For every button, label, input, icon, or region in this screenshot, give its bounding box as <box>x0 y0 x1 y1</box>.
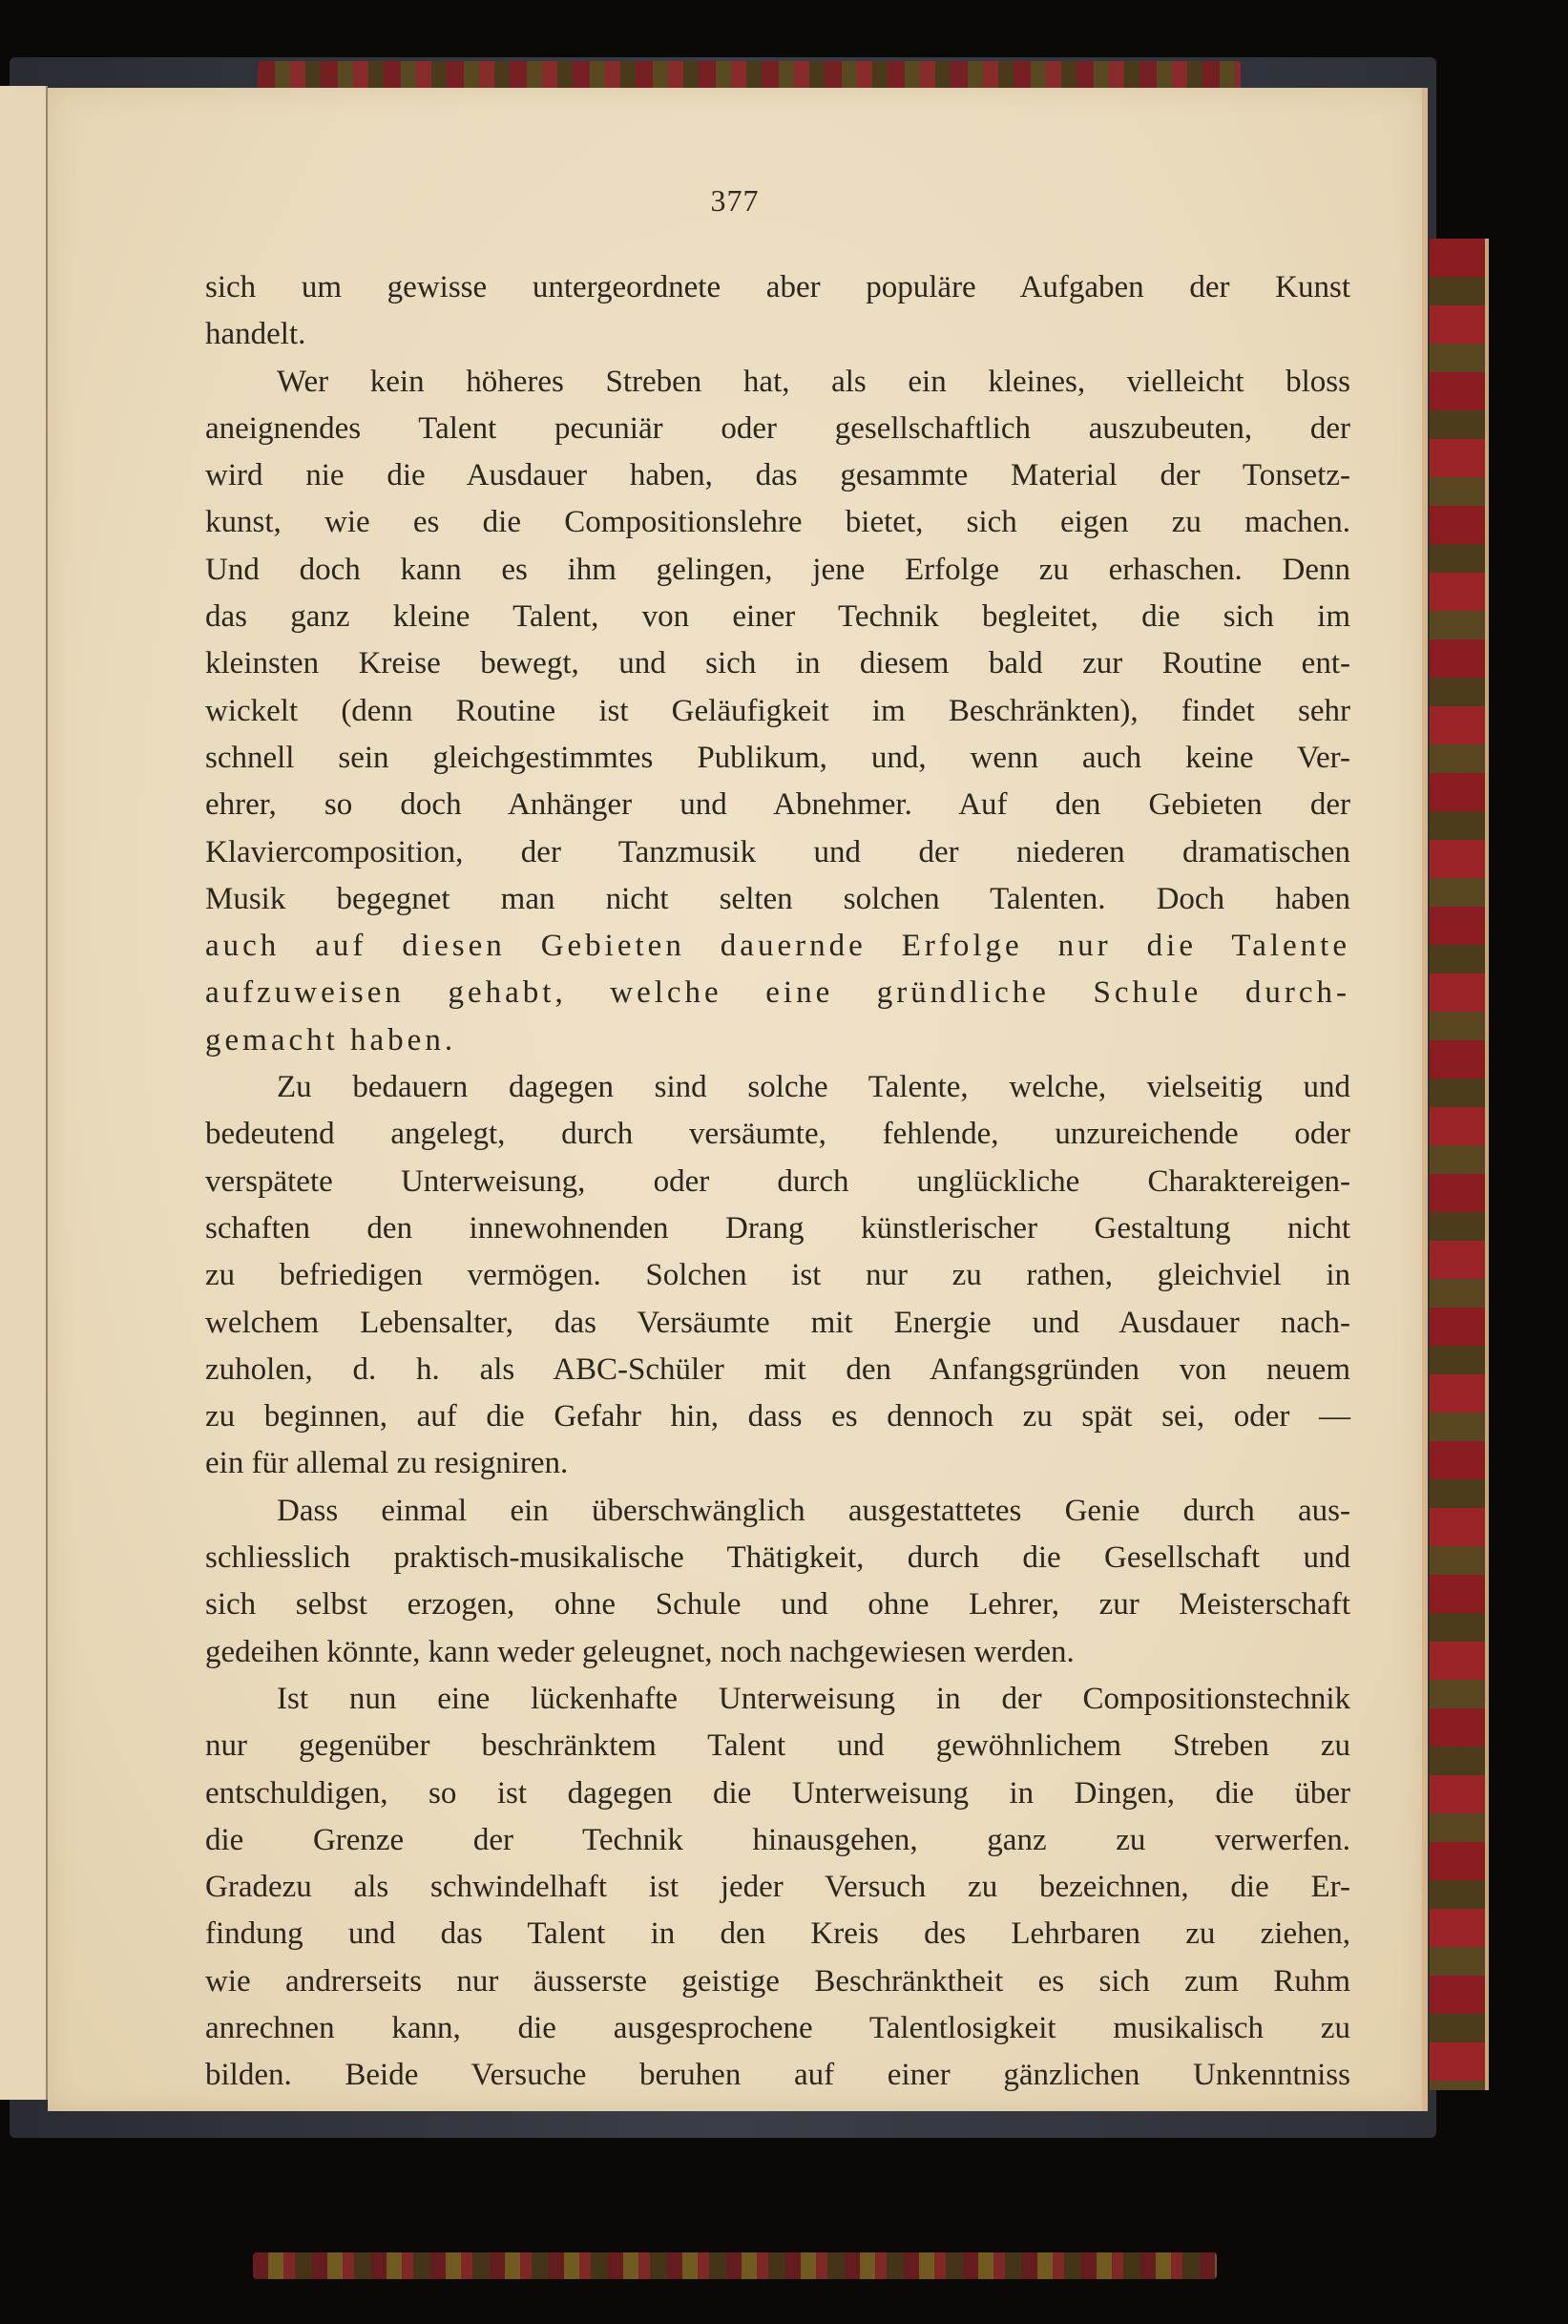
text-line: zu befriedigen vermögen. Solchen ist nur… <box>205 1252 1350 1299</box>
text-line: zu beginnen, auf die Gefahr hin, dass es… <box>205 1393 1350 1440</box>
text-line: gedeihen könnte, kann weder geleugnet, n… <box>205 1629 1350 1676</box>
text-line: Klaviercomposition, der Tanzmusik und de… <box>205 829 1350 876</box>
emphasized-line: aufzuweisen gehabt, welche eine gründlic… <box>205 970 1350 1016</box>
text-line: entschuldigen, so ist dagegen die Unterw… <box>205 1770 1350 1817</box>
marbled-edge-right <box>1430 239 1489 2090</box>
text-line: aneignendes Talent pecuniär oder gesells… <box>205 406 1350 452</box>
text-line: das ganz kleine Talent, von einer Techni… <box>205 594 1350 640</box>
body-text: sich um gewisse untergeordnete aber popu… <box>205 264 1350 2100</box>
text-line: ehrer, so doch Anhänger und Abnehmer. Au… <box>205 782 1350 828</box>
text-line: kleinsten Kreise bewegt, und sich in die… <box>205 640 1350 687</box>
paragraph-start-line: Wer kein höheres Streben hat, als ein kl… <box>205 359 1350 406</box>
text-line: sich selbst erzogen, ohne Schule und ohn… <box>205 1581 1350 1628</box>
text-line: wie andrerseits nur äusserste geistige B… <box>205 1958 1350 2005</box>
text-line: schaften den innewohnenden Drang künstle… <box>205 1205 1350 1252</box>
paragraph-start-line: Dass einmal ein überschwänglich ausgesta… <box>205 1488 1350 1535</box>
text-line: Gradezu als schwindelhaft ist jeder Vers… <box>205 1864 1350 1911</box>
text-line: kunst, wie es die Compositionslehre biet… <box>205 499 1350 546</box>
text-line: schnell sein gleichgestimmtes Publikum, … <box>205 735 1350 782</box>
text-line: nur gegenüber beschränktem Talent und ge… <box>205 1723 1350 1769</box>
text-line: welchem Lebensalter, das Versäumte mit E… <box>205 1300 1350 1347</box>
emphasized-line: auch auf diesen Gebieten dauernde Erfolg… <box>205 923 1350 970</box>
emphasized-line: gemacht haben. <box>205 1017 1350 1064</box>
text-line: bilden. Beide Versuche beruhen auf einer… <box>205 2052 1350 2099</box>
left-page-edge <box>0 86 48 2100</box>
text-line: verspätete Unterweisung, oder durch ungl… <box>205 1159 1350 1205</box>
text-line: die Grenze der Technik hinausgehen, ganz… <box>205 1817 1350 1864</box>
paragraph-start-line: Zu bedauern dagegen sind solche Talente,… <box>205 1064 1350 1111</box>
marbled-edge-bottom <box>253 2252 1217 2279</box>
text-line: Und doch kann es ihm gelingen, jene Erfo… <box>205 547 1350 594</box>
text-line: findung und das Talent in den Kreis des … <box>205 1911 1350 1958</box>
text-line: bedeutend angelegt, durch versäumte, feh… <box>205 1111 1350 1158</box>
text-line: handelt. <box>205 311 1350 358</box>
text-line: wickelt (denn Routine ist Geläufigkeit i… <box>205 688 1350 735</box>
text-line: zuholen, d. h. als ABC-Schüler mit den A… <box>205 1347 1350 1393</box>
text-line: anrechnen kann, die ausgesprochene Talen… <box>205 2005 1350 2052</box>
text-line: sich um gewisse untergeordnete aber popu… <box>205 264 1350 311</box>
text-line: schliesslich praktisch-musikalische Thät… <box>205 1535 1350 1581</box>
book-page: 377 sich um gewisse untergeordnete aber … <box>48 88 1428 2111</box>
text-line: ein für allemal zu resigniren. <box>205 1440 1350 1487</box>
page-number: 377 <box>48 183 1422 219</box>
paragraph-start-line: Ist nun eine lückenhafte Unterweisung in… <box>205 1676 1350 1723</box>
text-line: wird nie die Ausdauer haben, das gesammt… <box>205 452 1350 499</box>
text-line: Musik begegnet man nicht selten solchen … <box>205 876 1350 923</box>
